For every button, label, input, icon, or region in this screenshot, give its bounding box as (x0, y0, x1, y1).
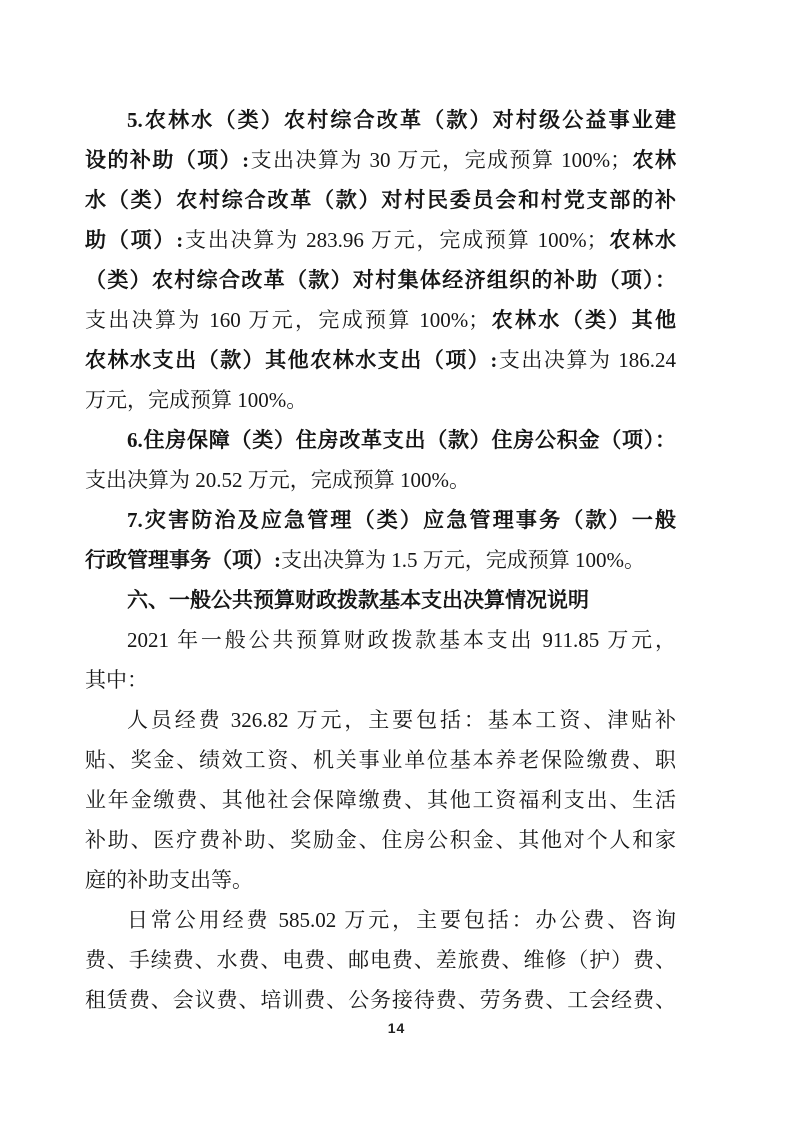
page-number: 14 (0, 1020, 793, 1036)
body-text: 日常公用经费 585.02 万元，主要包括：办公费、咨询 (127, 908, 676, 932)
text-line: 其中： (85, 660, 676, 700)
emphasis-text: 农林水 (608, 228, 676, 252)
basic-expenditure-total: 2021 年一般公共预算财政拨款基本支出 911.85 万元，其中： (85, 620, 676, 700)
body-text: 贴、奖金、绩效工资、机关事业单位基本养老保险缴费、职 (85, 748, 676, 772)
body-text: 2021 年一般公共预算财政拨款基本支出 911.85 万元， (127, 628, 676, 652)
text-line: 补助、医疗费补助、奖励金、住房公积金、其他对个人和家 (85, 820, 676, 860)
body-text: 支出决算为 20.52 万元，完成预算 100%。 (85, 468, 470, 492)
body-text: 支出决算为 283.96 万元，完成预算 100%； (183, 228, 607, 252)
text-line: 助（项）:支出决算为 283.96 万元，完成预算 100%；农林水 (85, 220, 676, 260)
body-text: 万元，完成预算 100%。 (85, 388, 307, 412)
text-line: 支出决算为 20.52 万元，完成预算 100%。 (85, 460, 676, 500)
text-line: 万元，完成预算 100%。 (85, 380, 676, 420)
body-text: 支出决算为 30 万元，完成预算 100%； (249, 148, 631, 172)
text-line: 行政管理事务（项）:支出决算为 1.5 万元，完成预算 100%。 (85, 540, 676, 580)
text-line: 水（类）农村综合改革（款）对村民委员会和村党支部的补 (85, 180, 676, 220)
body-text: 补助、医疗费补助、奖励金、住房公积金、其他对个人和家 (85, 828, 676, 852)
emphasis-text: 助（项）: (85, 228, 183, 252)
body-text: 支出决算为 1.5 万元，完成预算 100%。 (281, 548, 645, 572)
emphasis-text: （类）农村综合改革（款）对村集体经济组织的补助（项）： (85, 268, 676, 292)
body-text: 人员经费 326.82 万元，主要包括：基本工资、津贴补 (127, 708, 676, 732)
text-line: 5.农林水（类）农村综合改革（款）对村级公益事业建 (85, 100, 676, 140)
text-line: （类）农村综合改革（款）对村集体经济组织的补助（项）： (85, 260, 676, 300)
emphasis-text: 农林 (631, 148, 676, 172)
text-line: 设的补助（项）:支出决算为 30 万元，完成预算 100%；农林 (85, 140, 676, 180)
text-line: 2021 年一般公共预算财政拨款基本支出 911.85 万元， (85, 620, 676, 660)
text-line: 支出决算为 160 万元，完成预算 100%；农林水（类）其他 (85, 300, 676, 340)
emphasis-text: 六、一般公共预算财政拨款基本支出决算情况说明 (127, 588, 589, 612)
emphasis-text: 行政管理事务（项）: (85, 548, 281, 572)
emphasis-text: 设的补助（项）: (85, 148, 249, 172)
text-line: 6.住房保障（类）住房改革支出（款）住房公积金（项）： (85, 420, 676, 460)
body-text: 庭的补助支出等。 (85, 868, 253, 892)
text-line: 贴、奖金、绩效工资、机关事业单位基本养老保险缴费、职 (85, 740, 676, 780)
emphasis-text: 6.住房保障（类）住房改革支出（款）住房公积金（项）： (127, 428, 676, 452)
daily-operating-expenses: 日常公用经费 585.02 万元，主要包括：办公费、咨询费、手续费、水费、电费、… (85, 900, 676, 1020)
emphasis-text: 农林水（类）其他 (489, 308, 676, 332)
text-line: 六、一般公共预算财政拨款基本支出决算情况说明 (85, 580, 676, 620)
document-page: 5.农林水（类）农村综合改革（款）对村级公益事业建设的补助（项）:支出决算为 3… (0, 0, 793, 1122)
text-line: 租赁费、会议费、培训费、公务接待费、劳务费、工会经费、 (85, 980, 676, 1020)
text-line: 农林水支出（款）其他农林水支出（项）:支出决算为 186.24 (85, 340, 676, 380)
item-5-agriculture-forestry-water: 5.农林水（类）农村综合改革（款）对村级公益事业建设的补助（项）:支出决算为 3… (85, 100, 676, 420)
body-text: 租赁费、会议费、培训费、公务接待费、劳务费、工会经费、 (85, 988, 676, 1012)
item-7-disaster-prevention: 7.灾害防治及应急管理（类）应急管理事务（款）一般行政管理事务（项）:支出决算为… (85, 500, 676, 580)
body-text: 支出决算为 186.24 (497, 348, 676, 372)
text-line: 7.灾害防治及应急管理（类）应急管理事务（款）一般 (85, 500, 676, 540)
personnel-expenses: 人员经费 326.82 万元，主要包括：基本工资、津贴补贴、奖金、绩效工资、机关… (85, 700, 676, 900)
text-line: 日常公用经费 585.02 万元，主要包括：办公费、咨询 (85, 900, 676, 940)
text-line: 庭的补助支出等。 (85, 860, 676, 900)
body-text: 业年金缴费、其他社会保障缴费、其他工资福利支出、生活 (85, 788, 676, 812)
emphasis-text: 7.灾害防治及应急管理（类）应急管理事务（款）一般 (127, 508, 676, 532)
emphasis-text: 农林水支出（款）其他农林水支出（项）: (85, 348, 497, 372)
item-6-housing-security: 6.住房保障（类）住房改革支出（款）住房公积金（项）：支出决算为 20.52 万… (85, 420, 676, 500)
body-text: 支出决算为 160 万元，完成预算 100%； (85, 308, 489, 332)
text-line: 人员经费 326.82 万元，主要包括：基本工资、津贴补 (85, 700, 676, 740)
emphasis-text: 5.农林水（类）农村综合改革（款）对村级公益事业建 (127, 108, 676, 132)
document-body: 5.农林水（类）农村综合改革（款）对村级公益事业建设的补助（项）:支出决算为 3… (85, 100, 676, 1020)
body-text: 其中： (85, 668, 148, 692)
text-line: 费、手续费、水费、电费、邮电费、差旅费、维修（护）费、 (85, 940, 676, 980)
body-text: 费、手续费、水费、电费、邮电费、差旅费、维修（护）费、 (85, 948, 676, 972)
emphasis-text: 水（类）农村综合改革（款）对村民委员会和村党支部的补 (85, 188, 676, 212)
section-6-heading: 六、一般公共预算财政拨款基本支出决算情况说明 (85, 580, 676, 620)
text-line: 业年金缴费、其他社会保障缴费、其他工资福利支出、生活 (85, 780, 676, 820)
